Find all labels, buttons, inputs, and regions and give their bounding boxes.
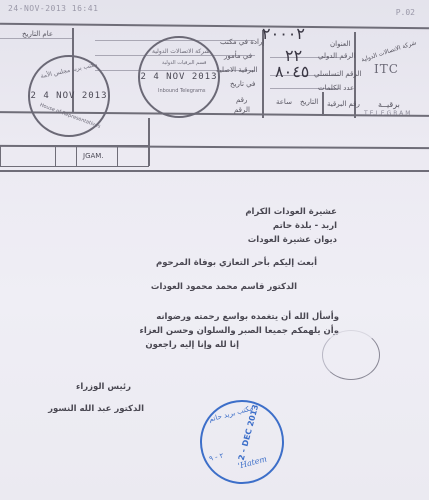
receiving-note-4: في تاريخ: [230, 80, 255, 88]
stamp-arc-text: شركة الاتصالات الدولية: [152, 48, 209, 55]
prayer-line-2: وأن يلهمكم جميعا الصبر والسلوان وحسن الع…: [140, 326, 339, 336]
words-count-label: عدد الكلمات: [318, 84, 354, 92]
sender-title: رئيس الوزراء: [76, 382, 131, 392]
receiving-note-1: إرادة في مكتب: [220, 38, 264, 46]
prayer-line-1: وأسأل الله أن يتغمده بواسع رحمته ورضوانه: [156, 312, 339, 322]
faint-round-stamp: [322, 330, 380, 380]
address-handwritten: ٢٠٠٠٢: [262, 24, 305, 43]
hour-label: ساعة: [276, 98, 292, 106]
recipient-line-3: ديوان عشيرة العودات: [248, 235, 337, 245]
general-date-label: عام التاريخ: [22, 30, 53, 38]
serial-no-value: ٨٠٤٥: [275, 62, 309, 81]
telegram-no-label: رقم البرقية: [327, 100, 360, 108]
form-divider-sub: [322, 92, 324, 116]
stamp-bottom-text: House of Representatives: [39, 102, 101, 130]
blue-stamp-side-text: ٢ - ٩: [208, 451, 224, 462]
form-top-border: [0, 23, 429, 29]
fax-timestamp: 24-NOV-2013 16:41: [8, 4, 98, 13]
prime-ministry-stamp: مكتب بريد مجلس الأمة 2 4 NOV 2013 House …: [28, 55, 110, 137]
stamp-bottom-text: Inbound Telegrams: [158, 88, 206, 94]
fax-page-number: P.02: [396, 8, 415, 17]
receiving-note-3: البرقية الاصلية: [216, 66, 258, 74]
prayer-line-3: إنا لله وإنا إليه راجعون: [145, 340, 239, 350]
telegram-document: 24-NOV-2013 16:41 P.02 عام التاريخ شركة …: [0, 0, 429, 500]
itc-telegram-stamp: شركة الاتصالات الدولية قسم البرقيات الدو…: [138, 36, 220, 118]
itc-logo: ITC: [374, 62, 399, 76]
telegram-label-arabic: برقيــة: [378, 100, 400, 109]
receiving-note-6: الرقم: [234, 106, 250, 114]
jgam-box: JGAM.: [76, 145, 118, 167]
receiving-note-5: رقم: [236, 96, 247, 104]
itc-logo-arabic: شركة الاتصالات الدولية: [360, 39, 417, 63]
stamp-date: 2 4 NOV 2013: [30, 91, 107, 101]
date-label: التاريخ: [300, 98, 318, 106]
stamp-sub-text: قسم البرقيات الدولية: [162, 60, 206, 66]
box-1: [0, 145, 56, 167]
form-bottom-line: [0, 170, 429, 172]
condolence-line: أبعث إليكم بأحر التعازي بوفاة المرحوم: [156, 258, 317, 268]
box-2: [55, 145, 77, 167]
jgam-label: JGAM.: [83, 152, 104, 160]
recipient-line-1: عشيرة العودات الكرام: [245, 207, 337, 217]
hatem-post-office-stamp: مكتب بريد حاتم 2 - DEC 2013 ٢ - ٩ 'Hatem: [191, 391, 294, 494]
stamp-date: 2 4 NOV 2013: [140, 72, 217, 82]
form-underline-left: [0, 38, 72, 39]
serial-no-label: الرقم التسلسلي: [314, 70, 361, 78]
recipient-line-2: اربد - بلدة حاتم: [273, 221, 337, 231]
stamp-arc-text: مكتب بريد مجلس الأمة: [40, 61, 98, 80]
receiving-note-2: في مأمور: [224, 52, 252, 60]
sender-name: الدكتور عبد الله النسور: [48, 404, 144, 414]
box-4: [117, 145, 149, 167]
address-label: العنوان: [330, 40, 350, 48]
telegram-label-english: TELEGRAM: [364, 110, 412, 117]
deceased-name: الدكتور قاسم محمد محمود العودات: [151, 282, 297, 292]
international-no-label: الرقم الدولي: [318, 52, 355, 60]
